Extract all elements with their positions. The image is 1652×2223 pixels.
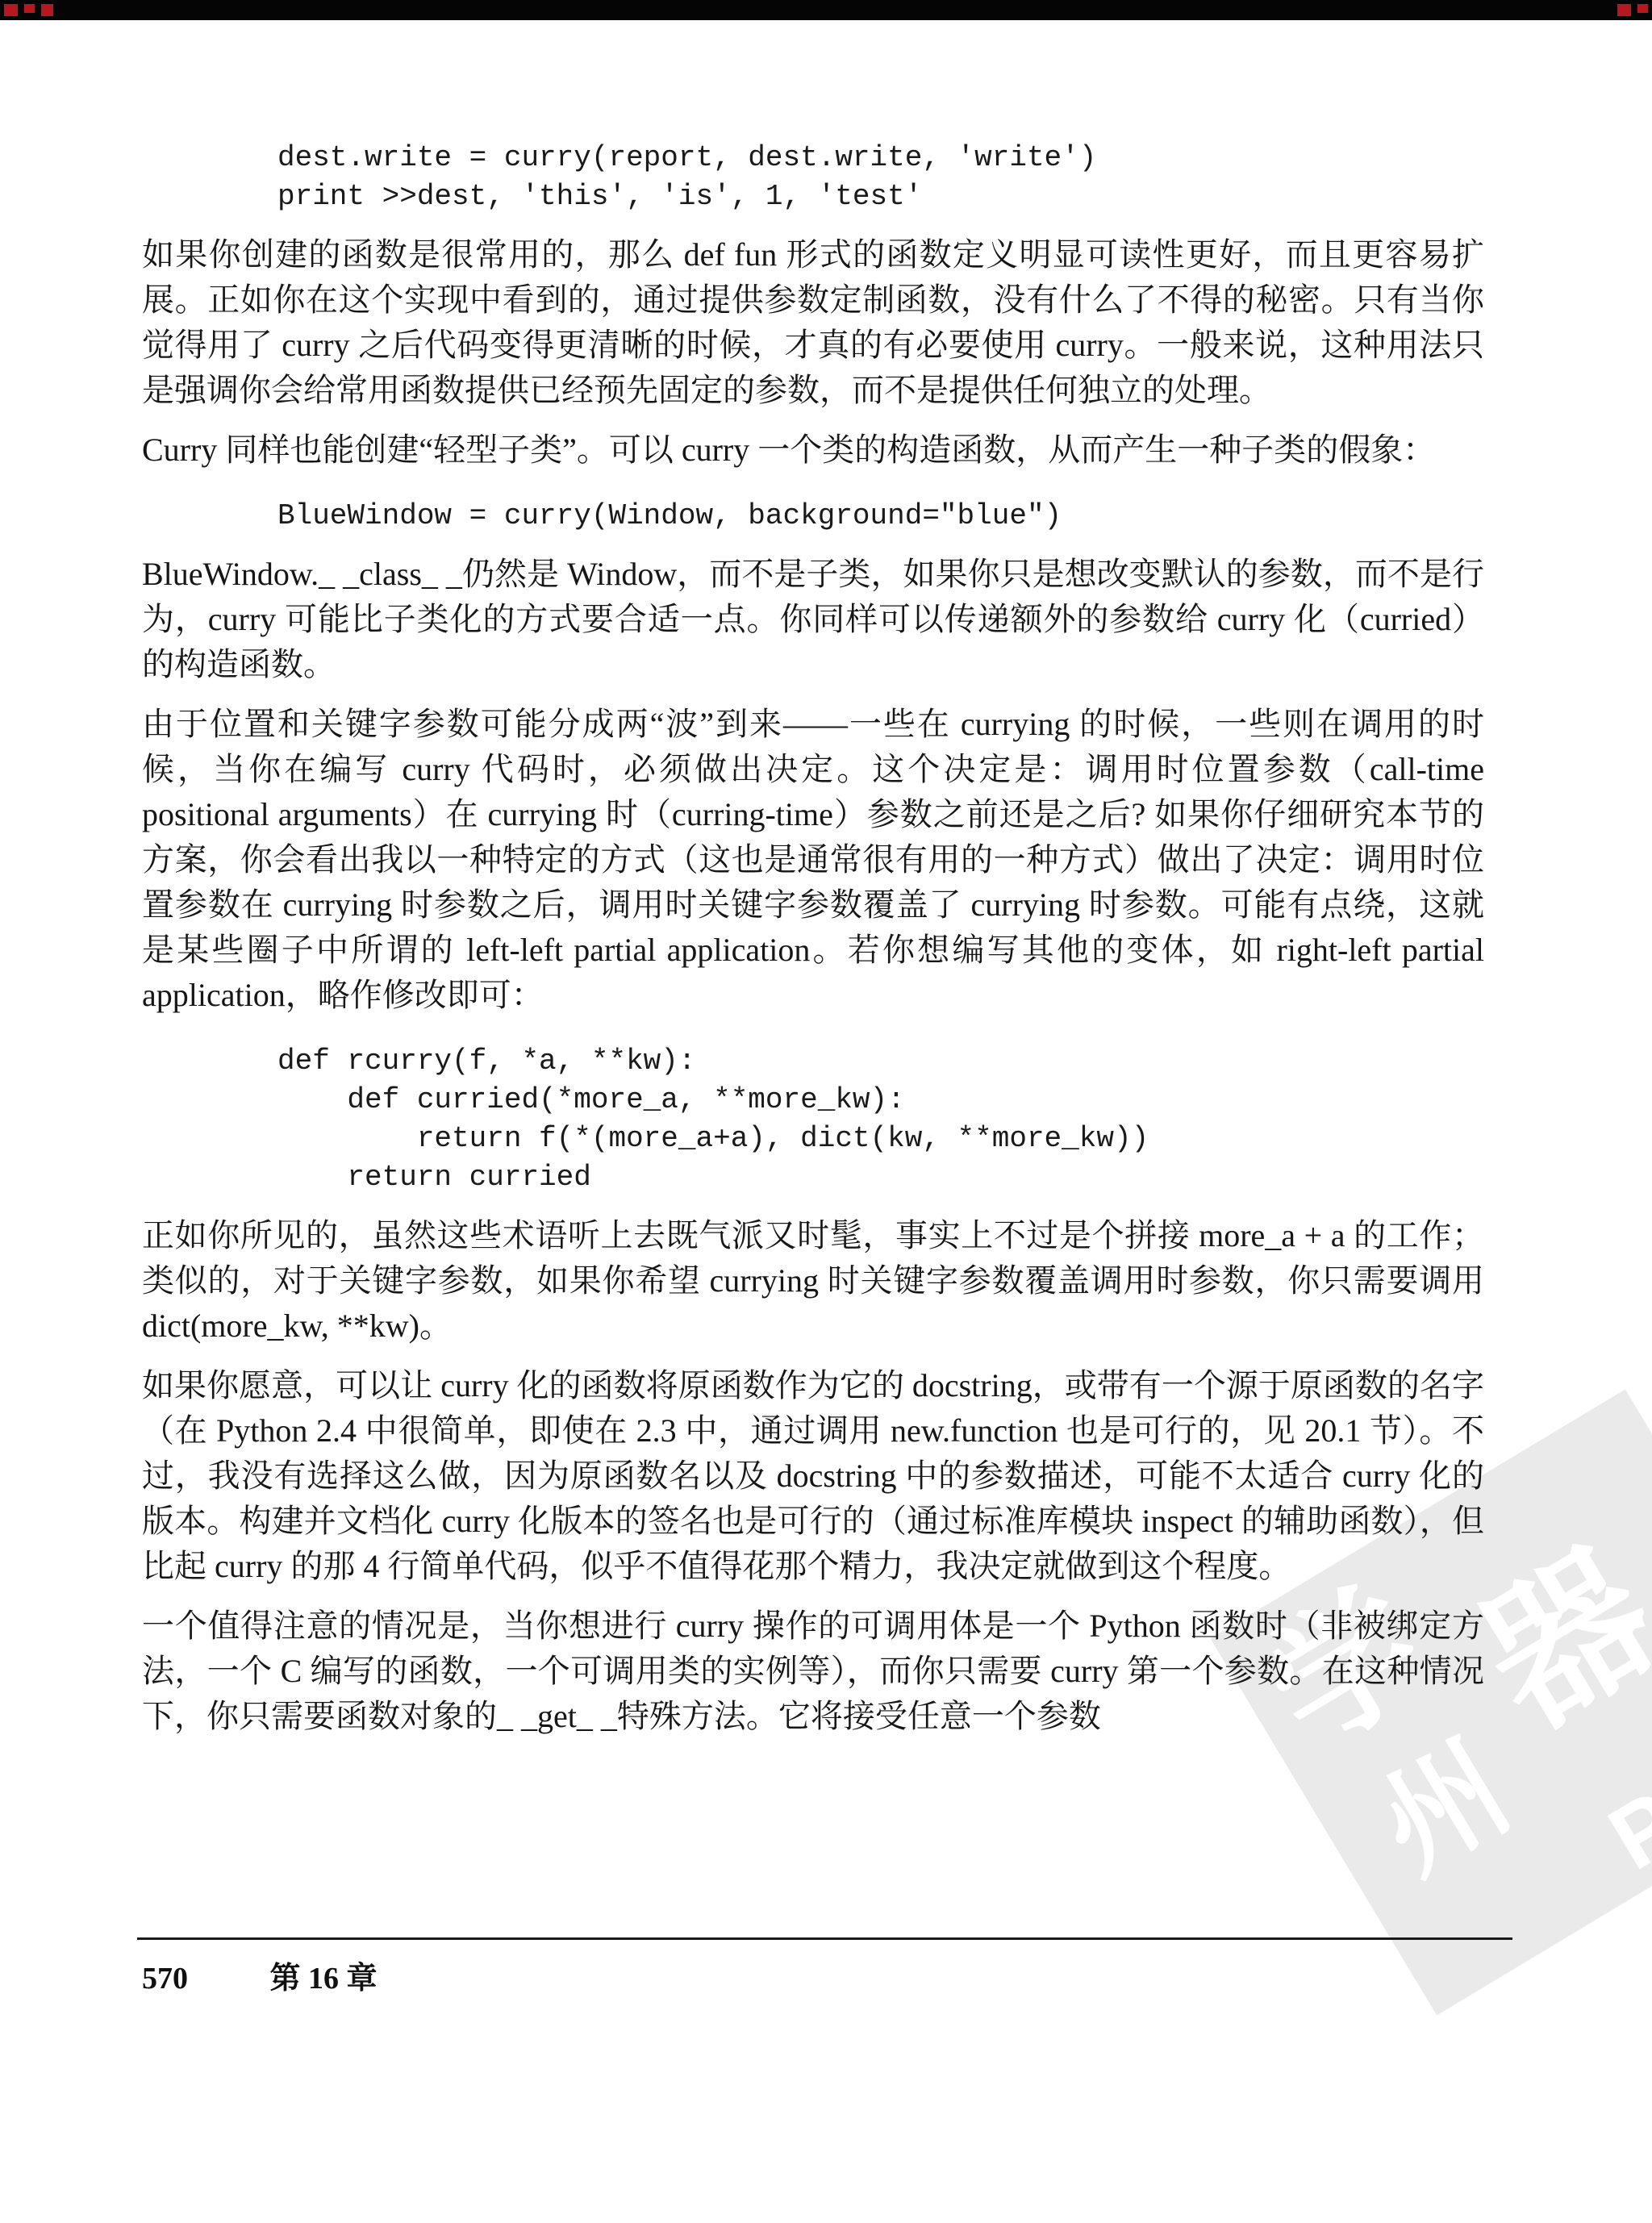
- scan-red-marks-left: [4, 4, 53, 16]
- paragraph-more-a-concat: 正如你所见的，虽然这些术语听上去既气派又时髦，事实上不过是个拼接 more_a …: [142, 1213, 1484, 1349]
- code-line: def curried(*more_a, **more_kw):: [277, 1081, 1484, 1120]
- paragraph-positional-keyword: 由于位置和关键字参数可能分成两“波”到来——一些在 currying 的时候，一…: [142, 702, 1484, 1018]
- paragraph-docstring: 如果你愿意，可以让 curry 化的函数将原函数作为它的 docstring，或…: [142, 1363, 1484, 1589]
- code-line: print >>dest, 'this', 'is', 1, 'test': [277, 177, 1484, 216]
- paragraph-curry-subclass: Curry 同样也能创建“轻型子类”。可以 curry 一个类的构造函数，从而产…: [142, 427, 1484, 473]
- code-line: return curried: [277, 1158, 1484, 1197]
- paragraph-bluewindow-class: BlueWindow._ _class_ _仍然是 Window，而不是子类，如…: [142, 552, 1484, 687]
- code-block-bluewindow: BlueWindow = curry(Window, background="b…: [142, 487, 1484, 537]
- paragraph-def-fun: 如果你创建的函数是很常用的，那么 def fun 形式的函数定义明显可读性更好，…: [142, 232, 1484, 413]
- footer-divider: [137, 1937, 1512, 1940]
- code-line: def rcurry(f, *a, **kw):: [277, 1042, 1484, 1081]
- paragraph-get-method: 一个值得注意的情况是，当你想进行 curry 操作的可调用体是一个 Python…: [142, 1604, 1484, 1739]
- page-footer: 570 第 16 章: [142, 1953, 378, 1997]
- scan-red-marks-right: [1617, 4, 1648, 16]
- code-line: return f(*(more_a+a), dict(kw, **more_kw…: [277, 1120, 1484, 1158]
- page-number: 570: [142, 1962, 188, 1996]
- chapter-label: 第 16 章: [270, 1962, 378, 1996]
- code-line: dest.write = curry(report, dest.write, '…: [277, 139, 1484, 177]
- code-block-rcurry: def rcurry(f, *a, **kw): def curried(*mo…: [142, 1032, 1484, 1199]
- book-page: 学 州 器 PDG dest.write = curry(report, des…: [0, 0, 1652, 2223]
- scan-top-edge-bar: [0, 0, 1652, 20]
- page-text-column: dest.write = curry(report, dest.write, '…: [142, 129, 1484, 1754]
- code-line: BlueWindow = curry(Window, background="b…: [277, 497, 1484, 536]
- watermark-seal-glyph: 器: [1458, 1529, 1652, 1750]
- code-block-curry-example: dest.write = curry(report, dest.write, '…: [142, 129, 1484, 218]
